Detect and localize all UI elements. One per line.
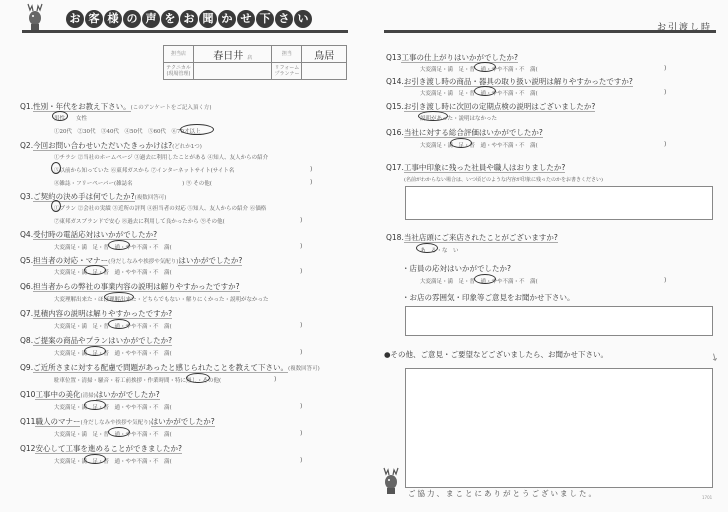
question-q10: Q10工事中の美化(清掃)はいかがでしたか? (20, 389, 160, 400)
form-code: 1701 (702, 495, 712, 500)
title-char: 様 (104, 10, 122, 28)
title-char: せ (237, 10, 255, 28)
question-q3: Q3.ご契約の決め手は何でしたか?(複数回答可) (20, 191, 166, 202)
question-text: はいかがでしたか? (151, 417, 215, 427)
q5-options[interactable]: 大変満足・満 足・普 通・やや不満・不 満( (54, 268, 172, 276)
q8-options[interactable]: 大変満足・満 足・普 通・やや不満・不 満( (54, 349, 172, 357)
q3-options-line1[interactable]: ①プラン ②会社の実績 ③近所の評判 ④担当者の対応 ⑤知人、友人からの紹介 ⑥… (54, 204, 266, 212)
title-char: さ (275, 10, 293, 28)
question-q2: Q2.今回お問い合わせいただいたきっかけは?(どれか1つ) (20, 140, 202, 151)
title-char: の (123, 10, 141, 28)
q18-sub1-question: ・店員の応対はいかがでしたか? (402, 263, 511, 274)
deer-mascot-icon (22, 2, 48, 30)
q18-sub2-answer-box[interactable] (405, 306, 713, 336)
thank-you-message: ご協力、まことにありがとうございました。 (408, 488, 598, 499)
question-id: Q4 (20, 230, 31, 239)
question-q8: Q8.ご提案の商品やプランはいかがでしたか? (20, 335, 172, 346)
q4-options[interactable]: 大変満足・満 足・普 通・やや不満・不 満( (54, 243, 172, 251)
title-char: お (180, 10, 198, 28)
branch-label: 担当店 (164, 46, 194, 63)
q1-gender-options[interactable]: 男性 女性 (54, 114, 87, 122)
question-note: (清掃) (80, 393, 95, 399)
question-id: Q14 (386, 77, 401, 86)
question-q13: Q13工事の仕上がりはいかがでしたか? (386, 52, 518, 63)
question-id: Q10 (20, 390, 35, 399)
title-char: 下 (256, 10, 274, 28)
close-paren: ) (664, 141, 666, 148)
branch-field[interactable]: 春日井店 (194, 46, 272, 63)
question-q18: Q18.当社店頭にご来店されたことがございますか? (386, 232, 558, 243)
q18-sub1-options[interactable]: 大変満足・満 足・普 通・やや不満・不 満( (420, 277, 538, 285)
question-note: (どれか1つ) (172, 144, 202, 150)
question-note: (身だしなみや挨拶や気配り) (108, 259, 178, 265)
staff-table: 担当店 春日井店 担当 鳥居 テクニカル(現場管理) リフォームプランナー (163, 45, 347, 80)
question-text: はいかがでしたか? (178, 256, 242, 266)
q9-options[interactable]: 駐車位置・清掃・騒音・着工前挨拶・作業時間・特に無し・その他( (54, 376, 221, 384)
title-char: か (218, 10, 236, 28)
q11-options[interactable]: 大変満足・満 足・普 通・やや不満・不 満( (54, 430, 172, 438)
question-text: 見積内容の説明は解りやすかったですか? (33, 309, 172, 319)
question-q16: Q16.当社に対する総合評価はいかがでしたか? (386, 127, 543, 138)
question-q7: Q7.見積内容の説明は解りやすかったですか? (20, 308, 172, 319)
q7-options[interactable]: 大変満足・満 足・普 通・やや不満・不 満( (54, 322, 172, 330)
question-text: 工事中印象に残った社員や職人はおりましたか? (404, 163, 565, 173)
question-q12: Q12安心して工事を進めることができましたか? (20, 443, 182, 454)
title-divider (22, 30, 348, 33)
question-id: Q12 (20, 444, 35, 453)
title-char: を (161, 10, 179, 28)
q6-options[interactable]: 大変理解出来た・ほぼ理解出来た・どちらでもない・解りにくかった・説明がなかった (54, 295, 268, 303)
question-text: 担当者の対応・マナー (33, 256, 108, 266)
question-id: Q16 (386, 128, 401, 137)
question-id: Q6 (20, 282, 31, 291)
question-q1: Q1.性別・年代をお教え下さい。(このアンケートをご記入頂く方) (20, 101, 212, 112)
question-id: Q17 (386, 163, 401, 172)
q1-age-options[interactable]: ①20代 ②30代 ③40代 ④50代 ⑤60代 ⑥70才以上 (54, 127, 201, 135)
q17-subnote: (名前がわからない場合は、いつ頃どのような内容が印象に残ったのかをお書きください… (404, 176, 603, 183)
q16-options[interactable]: 大変満足・満 足・普 通・やや不満・不 満( (420, 141, 538, 149)
technical-label: テクニカル(現場管理) (164, 63, 194, 80)
close-paren: ) (274, 376, 276, 383)
question-id: Q9 (20, 363, 31, 372)
q18-options[interactable]: あ る・な い (420, 246, 459, 254)
planner-label: リフォームプランナー (272, 63, 302, 80)
q10-options[interactable]: 大変満足・満 足・普 通・やや不満・不 満( (54, 403, 172, 411)
close-paren: ) (300, 217, 302, 224)
close-paren: ) (300, 322, 302, 329)
title-char: 客 (85, 10, 103, 28)
question-id: Q1 (20, 102, 31, 111)
q2-options-line1[interactable]: ①チラシ ②当社のホームページ ③過去に利用したことがある ④知人、友人からの紹… (54, 153, 268, 161)
question-text: 担当者からの弊社の事業内容の説明は解りやすかったですか? (33, 282, 239, 292)
question-text: 性別・年代をお教え下さい。 (33, 102, 131, 112)
question-id: Q8 (20, 336, 31, 345)
section-divider (384, 30, 716, 33)
q12-options[interactable]: 大変満足・満 足・普 通・やや不満・不 満( (54, 457, 172, 465)
question-id: Q11 (20, 417, 35, 426)
question-note: (複数回答可) (288, 366, 320, 372)
branch-value: 春日井 (213, 51, 243, 62)
question-note: (身だしなみや挨拶や気配り) (80, 420, 150, 426)
rep-label: 担当 (272, 46, 302, 63)
question-id: Q13 (386, 53, 401, 62)
question-text: 工事の仕上がりはいかがでしたか? (401, 53, 517, 63)
close-paren: ) (300, 243, 302, 250)
other-comments-box[interactable] (405, 368, 713, 488)
q15-options[interactable]: 説明があった・説明はなかった (420, 114, 497, 122)
q2-options-line3[interactable]: ⑧雑誌・フリーペーパー(雑誌名 ) ⑨ その他( (54, 179, 212, 187)
title-char: い (294, 10, 312, 28)
close-paren: ) (664, 89, 666, 96)
technical-field[interactable] (194, 63, 272, 80)
question-q14: Q14.お引き渡し時の商品・器具の取り扱い説明は解りやすかったですか? (386, 76, 633, 87)
question-id: Q5 (20, 256, 31, 265)
rep-field[interactable]: 鳥居 (302, 46, 347, 63)
question-q5: Q5.担当者の対応・マナー(身だしなみや挨拶や気配り)はいかがでしたか? (20, 255, 242, 266)
q2-options-line2[interactable]: ⑤以前から知っていた ⑥東邦ガスから ⑦インターネットサイト(サイト名 (54, 166, 234, 174)
arrow-icon: ↘ (708, 351, 721, 365)
question-q15: Q15.お引き渡し時に次回の定期点検の説明はございましたか? (386, 101, 595, 112)
title-char: 声 (142, 10, 160, 28)
q14-options[interactable]: 大変満足・満 足・普 通・やや不満・不 満( (420, 89, 538, 97)
other-comments-title: ●その他、ご意見・ご要望などございましたら、お聞かせ下さい。 (384, 349, 608, 360)
question-text: 工事中の美化 (35, 390, 80, 400)
close-paren: ) (664, 277, 666, 284)
planner-field[interactable] (302, 63, 347, 80)
close-paren: ) (300, 430, 302, 437)
close-paren: ) (300, 457, 302, 464)
question-text: お引き渡し時の商品・器具の取り扱い説明は解りやすかったですか? (404, 77, 633, 87)
question-note: (複数回答可) (135, 195, 167, 201)
question-text: 受付時の電話応対はいかがでしたか? (33, 230, 157, 240)
question-text: 安心して工事を進めることができましたか? (35, 444, 181, 454)
question-text: はいかがでしたか? (96, 390, 160, 400)
page-title: お 客 様 の 声 を お 聞 か せ 下 さ い (66, 10, 312, 28)
branch-suffix: 店 (247, 55, 252, 61)
question-q11: Q11職人のマナー(身だしなみや挨拶や気配り)はいかがでしたか? (20, 416, 215, 427)
close-paren: ) (300, 403, 302, 410)
question-q4: Q4.受付時の電話応対はいかがでしたか? (20, 229, 157, 240)
question-text: 当社店頭にご来店されたことがございますか? (404, 233, 558, 243)
q3-options-line2[interactable]: ⑦東邦ガスブランドで安心 ⑧過去に利用して良かったから ⑨その他( (54, 217, 225, 225)
close-paren: ) (310, 166, 312, 173)
question-text: 職人のマナー (35, 417, 80, 427)
right-page: お引渡し時 Q13工事の仕上がりはいかがでしたか? 大変満足・満 足・普 通・や… (364, 0, 728, 512)
title-char: 聞 (199, 10, 217, 28)
question-id: Q15 (386, 102, 401, 111)
title-char: お (66, 10, 84, 28)
question-text: ご近所さまに対する配慮で問題があったと感じられたことを教えて下さい。 (33, 363, 288, 373)
deer-mascot-icon (378, 466, 404, 494)
close-paren: ) (310, 179, 312, 186)
question-id: Q2 (20, 141, 31, 150)
q17-answer-box[interactable] (405, 186, 713, 220)
q18-sub2-question: ・お店の雰囲気・印象等ご意見をお聞かせ下さい。 (402, 292, 575, 303)
question-q6: Q6.担当者からの弊社の事業内容の説明は解りやすかったですか? (20, 281, 240, 292)
question-text: ご契約の決め手は何でしたか? (33, 192, 134, 202)
question-q17: Q17.工事中印象に残った社員や職人はおりましたか? (386, 162, 565, 173)
close-paren: ) (664, 65, 666, 72)
question-id: Q18 (386, 233, 401, 242)
question-text: 当社に対する総合評価はいかがでしたか? (404, 128, 543, 138)
question-id: Q7 (20, 309, 31, 318)
question-note: (このアンケートをご記入頂く方) (131, 105, 212, 111)
question-text: ご提案の商品やプランはいかがでしたか? (33, 336, 172, 346)
question-text: 今回お問い合わせいただいたきっかけは? (33, 141, 172, 151)
question-text: お引き渡し時に次回の定期点検の説明はございましたか? (404, 102, 595, 112)
close-paren: ) (300, 268, 302, 275)
q13-options[interactable]: 大変満足・満 足・普 通・やや不満・不 満( (420, 65, 538, 73)
close-paren: ) (300, 349, 302, 356)
left-page: お 客 様 の 声 を お 聞 か せ 下 さ い 担当店 春日井店 担当 鳥居… (0, 0, 364, 512)
question-q9: Q9.ご近所さまに対する配慮で問題があったと感じられたことを教えて下さい。(複数… (20, 362, 320, 373)
question-id: Q3 (20, 192, 31, 201)
